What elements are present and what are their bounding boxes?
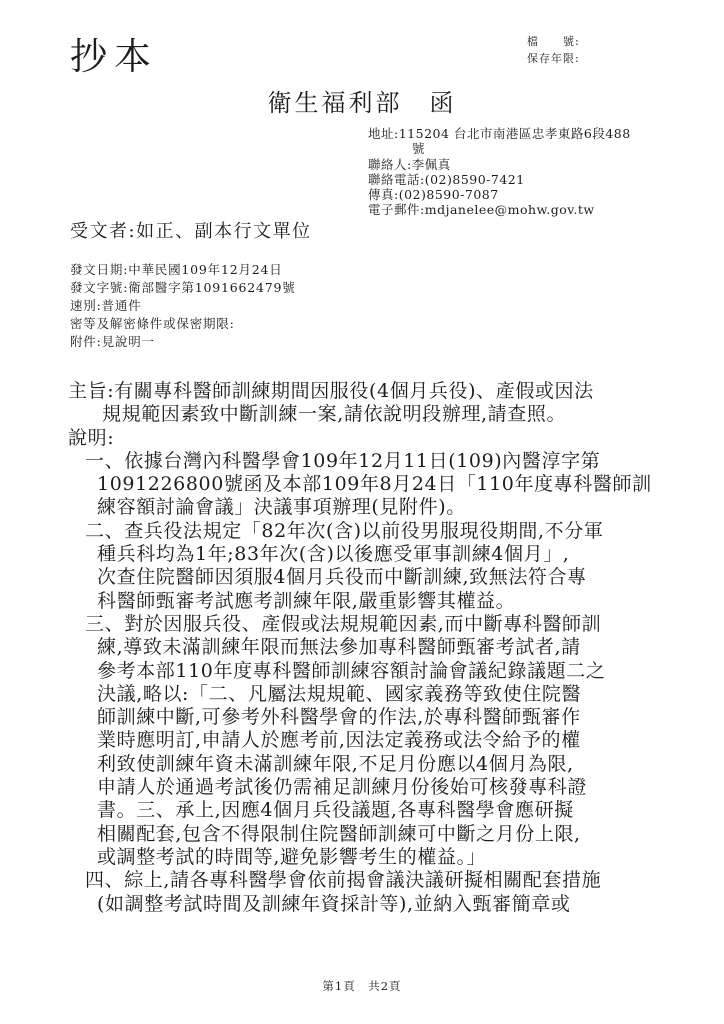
document-meta-block: 發文日期:中華民國109年12月24日 發文字號:衛部醫字第1091662479… <box>70 261 296 351</box>
subject-line: 主旨:有關專科醫師訓練期間因服役(4個月兵役)、產假或因法 <box>68 380 652 403</box>
issue-date: 發文日期:中華民國109年12月24日 <box>70 261 296 279</box>
body-line: 決議,略以:「二、凡屬法規規範、國家義務等致使住院醫 <box>97 683 652 706</box>
delivery-speed: 速別:普通件 <box>70 297 296 315</box>
body-line: 科醫師甄審考試應考訓練年限,嚴重影響其權益。 <box>97 590 652 613</box>
sender-contact-block: 地址:115204 台北市南港區忠孝東路6段488 號 聯絡人:李佩真 聯絡電話… <box>368 126 631 218</box>
body-line: 次查住院醫師因須服4個月兵役而中斷訓練,致無法符合專 <box>97 566 652 589</box>
attachment-note: 附件:見說明一 <box>70 333 296 351</box>
explanation-label: 說明: <box>68 427 652 450</box>
official-letter-page: 抄本 檔 號: 保存年限: 衛生福利部 函 地址:115204 台北市南港區忠孝… <box>0 0 724 1024</box>
body-line: (如調整考試時間及訓練年資採計等),並納入甄審簡章或 <box>97 893 652 916</box>
body-line: 1091226800號函及本部109年8月24日「110年度專科醫師訓 <box>97 473 652 496</box>
archive-block: 檔 號: 保存年限: <box>527 33 580 67</box>
sender-address-continued: 號 <box>368 141 631 156</box>
security-classification: 密等及解密條件或保密期限: <box>70 315 296 333</box>
body-line: 一、依據台灣內科醫學會109年12月11日(109)內醫淳字第 <box>85 450 652 473</box>
body-line: 四、綜上,請各專科醫學會依前揭會議決議研擬相關配套措施 <box>85 869 652 892</box>
body-line: 種兵科均為1年;83年次(含)以後應受軍事訓練4個月」, <box>97 543 652 566</box>
recipient-line: 受文者:如正、副本行文單位 <box>70 217 312 243</box>
contact-fax: 傳真:(02)8590-7087 <box>368 187 631 202</box>
document-number: 發文字號:衛部醫字第1091662479號 <box>70 279 296 297</box>
letter-body: 主旨:有關專科醫師訓練期間因服役(4個月兵役)、產假或因法 規規範因素致中斷訓練… <box>68 380 652 916</box>
retention-period-label: 保存年限: <box>527 50 580 67</box>
body-line: 申請人於通過考試後仍需補足訓練月份後始可核發專科證 <box>97 776 652 799</box>
body-line: 書。三、承上,因應4個月兵役議題,各專科醫學會應研擬 <box>97 799 652 822</box>
body-line: 三、對於因服兵役、產假或法規規範因素,而中斷專科醫師訓 <box>85 613 652 636</box>
contact-email: 電子郵件:mdjanelee@mohw.gov.tw <box>368 202 631 217</box>
page-number-footer: 第1頁 共2頁 <box>0 978 724 994</box>
file-number-label: 檔 號: <box>527 33 580 50</box>
contact-phone: 聯絡電話:(02)8590-7421 <box>368 172 631 187</box>
body-line: 參考本部110年度專科醫師訓練容額討論會議紀錄議題二之 <box>97 660 652 683</box>
contact-person: 聯絡人:李佩真 <box>368 157 631 172</box>
body-line: 二、查兵役法規定「82年次(含)以前役男服現役期間,不分軍 <box>85 520 652 543</box>
sender-address: 地址:115204 台北市南港區忠孝東路6段488 <box>368 126 631 141</box>
body-line: 練,導致未滿訓練年限而無法參加專科醫師甄審考試者,請 <box>97 636 652 659</box>
body-line: 利致使訓練年資未滿訓練年限,不足月份應以4個月為限, <box>97 753 652 776</box>
document-title: 衛生福利部 函 <box>0 83 724 118</box>
copy-stamp: 抄本 <box>70 26 158 80</box>
body-line: 師訓練中斷,可參考外科醫學會的作法,於專科醫師甄審作 <box>97 706 652 729</box>
body-line: 練容額討論會議」決議事項辦理(見附件)。 <box>97 496 652 519</box>
subject-line: 規規範因素致中斷訓練一案,請依說明段辦理,請查照。 <box>102 403 652 426</box>
body-line: 業時應明訂,申請人於應考前,因法定義務或法令給予的權 <box>97 729 652 752</box>
body-line: 相關配套,包含不得限制住院醫師訓練可中斷之月份上限, <box>97 823 652 846</box>
body-line: 或調整考試的時間等,避免影響考生的權益。」 <box>97 846 652 869</box>
